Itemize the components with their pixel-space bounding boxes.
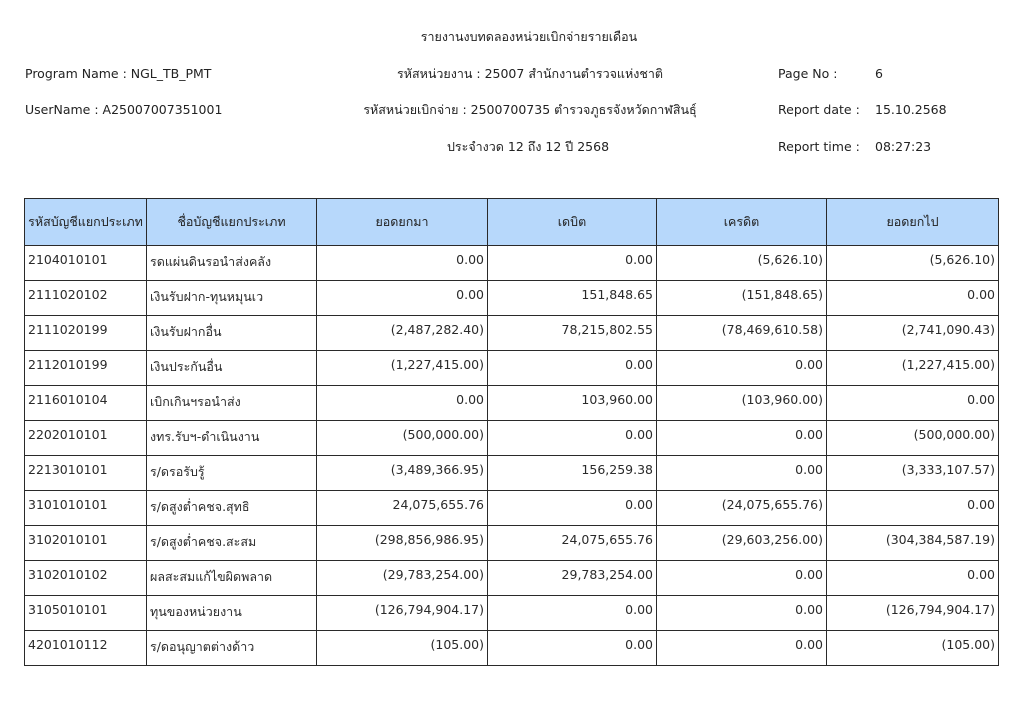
cell-closing-balance: (500,000.00) (827, 421, 999, 456)
cell-opening-balance: 0.00 (317, 281, 488, 316)
header-row: รหัสบัญชีแยกประเภท ชื่อบัญชีแยกประเภท ยอ… (25, 199, 999, 246)
page-no-value: 6 (875, 66, 883, 82)
cell-closing-balance: 0.00 (827, 491, 999, 526)
cell-debit: 0.00 (488, 596, 657, 631)
cell-closing-balance: 0.00 (827, 281, 999, 316)
cell-opening-balance: (1,227,415.00) (317, 351, 488, 386)
cell-debit: 0.00 (488, 631, 657, 666)
cell-opening-balance: 24,075,655.76 (317, 491, 488, 526)
cell-debit: 151,848.65 (488, 281, 657, 316)
cell-closing-balance: 0.00 (827, 386, 999, 421)
cell-account-name: เงินประกันอื่น (147, 351, 317, 386)
cell-credit: 0.00 (657, 596, 827, 631)
column-header-account-name: ชื่อบัญชีแยกประเภท (147, 199, 317, 246)
cell-debit: 78,215,802.55 (488, 316, 657, 351)
cell-closing-balance: (1,227,415.00) (827, 351, 999, 386)
disbursement-unit: รหัสหน่วยเบิกจ่าย : 2500700735 ตำรวจภูธร… (363, 102, 696, 118)
column-header-closing-balance: ยอดยกไป (827, 199, 999, 246)
cell-credit: 0.00 (657, 631, 827, 666)
cell-account-name: ร/ดอนุญาตต่างด้าว (147, 631, 317, 666)
column-header-account-code: รหัสบัญชีแยกประเภท (25, 199, 147, 246)
report-time-value: 08:27:23 (875, 139, 931, 155)
cell-opening-balance: (126,794,904.17) (317, 596, 488, 631)
cell-opening-balance: 0.00 (317, 386, 488, 421)
cell-account-code: 2111020102 (25, 281, 147, 316)
page-no-label: Page No : (778, 66, 837, 82)
cell-account-code: 3105010101 (25, 596, 147, 631)
cell-credit: 0.00 (657, 351, 827, 386)
report-time-label: Report time : (778, 139, 860, 155)
table-header: รหัสบัญชีแยกประเภท ชื่อบัญชีแยกประเภท ยอ… (25, 199, 999, 246)
cell-opening-balance: (105.00) (317, 631, 488, 666)
cell-debit: 0.00 (488, 246, 657, 281)
cell-account-code: 2213010101 (25, 456, 147, 491)
cell-account-code: 2112010199 (25, 351, 147, 386)
table-row: 2111020199เงินรับฝากอื่น(2,487,282.40)78… (25, 316, 999, 351)
cell-closing-balance: 0.00 (827, 561, 999, 596)
program-name: Program Name : NGL_TB_PMT (25, 66, 211, 82)
table-row: 3102010101ร/ดสูงต่ำคชจ.สะสม(298,856,986.… (25, 526, 999, 561)
cell-opening-balance: (298,856,986.95) (317, 526, 488, 561)
cell-credit: (78,469,610.58) (657, 316, 827, 351)
cell-credit: (24,075,655.76) (657, 491, 827, 526)
user-name: UserName : A25007007351001 (25, 102, 222, 118)
table-row: 2202010101งทร.รับฯ-ดำเนินงาน(500,000.00)… (25, 421, 999, 456)
cell-debit: 0.00 (488, 351, 657, 386)
cell-account-name: ทุนของหน่วยงาน (147, 596, 317, 631)
table-row: 2213010101ร/ดรอรับรู้(3,489,366.95)156,2… (25, 456, 999, 491)
cell-debit: 29,783,254.00 (488, 561, 657, 596)
cell-credit: (29,603,256.00) (657, 526, 827, 561)
cell-credit: (5,626.10) (657, 246, 827, 281)
cell-closing-balance: (5,626.10) (827, 246, 999, 281)
table-row: 2111020102เงินรับฝาก-ทุนหมุนเว0.00151,84… (25, 281, 999, 316)
cell-account-code: 3102010102 (25, 561, 147, 596)
table-row: 2116010104เบิกเกินฯรอนำส่ง0.00103,960.00… (25, 386, 999, 421)
cell-account-code: 3102010101 (25, 526, 147, 561)
table-row: 2112010199เงินประกันอื่น(1,227,415.00)0.… (25, 351, 999, 386)
cell-account-name: เงินรับฝากอื่น (147, 316, 317, 351)
cell-account-code: 2104010101 (25, 246, 147, 281)
cell-closing-balance: (126,794,904.17) (827, 596, 999, 631)
cell-debit: 156,259.38 (488, 456, 657, 491)
cell-closing-balance: (3,333,107.57) (827, 456, 999, 491)
cell-account-code: 2202010101 (25, 421, 147, 456)
table-row: 3105010101ทุนของหน่วยงาน(126,794,904.17)… (25, 596, 999, 631)
cell-opening-balance: (29,783,254.00) (317, 561, 488, 596)
cell-account-code: 4201010112 (25, 631, 147, 666)
cell-account-code: 2116010104 (25, 386, 147, 421)
column-header-credit: เครดิต (657, 199, 827, 246)
column-header-opening-balance: ยอดยกมา (317, 199, 488, 246)
cell-debit: 24,075,655.76 (488, 526, 657, 561)
cell-credit: 0.00 (657, 561, 827, 596)
report-period: ประจำงวด 12 ถึง 12 ปี 2568 (447, 139, 609, 155)
report-date-value: 15.10.2568 (875, 102, 947, 118)
table-row: 4201010112ร/ดอนุญาตต่างด้าว(105.00)0.000… (25, 631, 999, 666)
cell-debit: 0.00 (488, 421, 657, 456)
cell-account-name: ร/ดสูงต่ำคชจ.สะสม (147, 526, 317, 561)
cell-closing-balance: (2,741,090.43) (827, 316, 999, 351)
cell-account-name: รดแผ่นดินรอนำส่งคลัง (147, 246, 317, 281)
cell-account-name: ร/ดสูงต่ำคชจ.สุทธิ (147, 491, 317, 526)
cell-credit: 0.00 (657, 421, 827, 456)
cell-account-name: งทร.รับฯ-ดำเนินงาน (147, 421, 317, 456)
ledger-table: รหัสบัญชีแยกประเภท ชื่อบัญชีแยกประเภท ยอ… (24, 198, 999, 666)
cell-credit: 0.00 (657, 456, 827, 491)
cell-credit: (103,960.00) (657, 386, 827, 421)
cell-closing-balance: (105.00) (827, 631, 999, 666)
table-row: 2104010101รดแผ่นดินรอนำส่งคลัง0.000.00(5… (25, 246, 999, 281)
agency-code: รหัสหน่วยงาน : 25007 สำนักงานตำรวจแห่งชา… (397, 66, 663, 82)
table-row: 3102010102ผลสะสมแก้ไขผิดพลาด(29,783,254.… (25, 561, 999, 596)
column-header-debit: เดบิต (488, 199, 657, 246)
report-date-label: Report date : (778, 102, 860, 118)
report-title: รายงานงบทดลองหน่วยเบิกจ่ายรายเดือน (421, 29, 637, 45)
table-row: 3101010101ร/ดสูงต่ำคชจ.สุทธิ24,075,655.7… (25, 491, 999, 526)
table-body: 2104010101รดแผ่นดินรอนำส่งคลัง0.000.00(5… (25, 246, 999, 666)
cell-account-name: ร/ดรอรับรู้ (147, 456, 317, 491)
cell-opening-balance: (2,487,282.40) (317, 316, 488, 351)
cell-account-code: 2111020199 (25, 316, 147, 351)
cell-opening-balance: (500,000.00) (317, 421, 488, 456)
cell-debit: 0.00 (488, 491, 657, 526)
cell-opening-balance: 0.00 (317, 246, 488, 281)
cell-credit: (151,848.65) (657, 281, 827, 316)
cell-account-name: ผลสะสมแก้ไขผิดพลาด (147, 561, 317, 596)
cell-closing-balance: (304,384,587.19) (827, 526, 999, 561)
cell-debit: 103,960.00 (488, 386, 657, 421)
cell-account-name: เบิกเกินฯรอนำส่ง (147, 386, 317, 421)
cell-account-name: เงินรับฝาก-ทุนหมุนเว (147, 281, 317, 316)
cell-opening-balance: (3,489,366.95) (317, 456, 488, 491)
cell-account-code: 3101010101 (25, 491, 147, 526)
